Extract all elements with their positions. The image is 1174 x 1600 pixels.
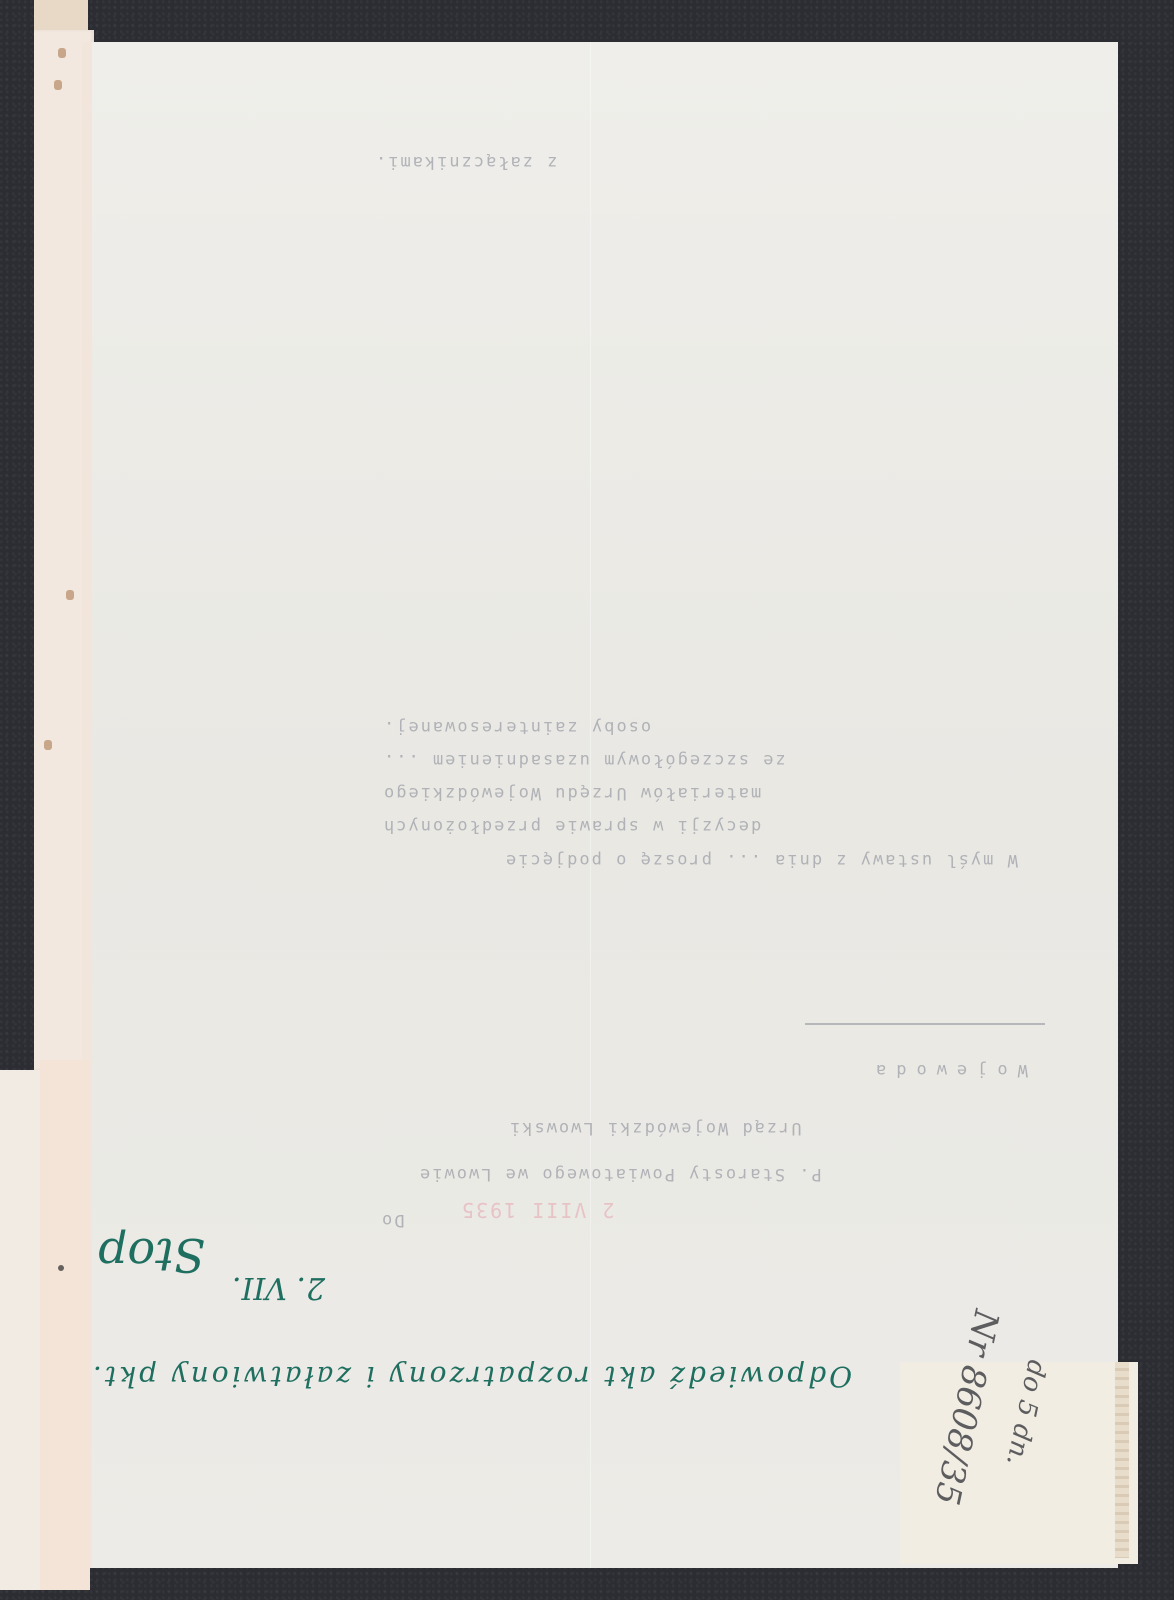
slip-perforated-edge bbox=[1115, 1362, 1129, 1558]
typed-recipient-line: Urząd Wojewódzki Lwowski bbox=[484, 1098, 802, 1138]
stain-spot bbox=[54, 80, 62, 90]
typed-text: z załącznikami. bbox=[374, 152, 558, 172]
typed-recipient-line: P. Starosty Powiatowego we Lwowie bbox=[394, 1144, 822, 1184]
stain-spot bbox=[66, 590, 74, 600]
signature-text: Stop bbox=[98, 1228, 205, 1282]
handwritten-resolution-note: Odpowiedź akt rozpatrzony i załatwiony p… bbox=[90, 1360, 852, 1393]
typed-signature-label: Wojewoda bbox=[826, 1040, 1028, 1080]
typed-text: Do bbox=[380, 1210, 404, 1230]
stain-spot bbox=[44, 740, 52, 750]
typed-enclosures-line: z załącznikami. bbox=[350, 132, 558, 172]
stain-spot bbox=[58, 1265, 64, 1271]
typed-text: P. Starosty Powiatowego we Lwowie bbox=[418, 1164, 822, 1184]
typed-body-line: W myśl ustawy z dnia ... proszę o podjęc… bbox=[480, 830, 1018, 870]
handwritten-date: 2. VII. bbox=[232, 1270, 325, 1305]
date-text: 2. VII. bbox=[232, 1270, 325, 1305]
typed-text: W myśl ustawy z dnia ... proszę o podjęc… bbox=[504, 850, 1018, 870]
typed-text: Wojewoda bbox=[866, 1060, 1028, 1080]
note-text: Odpowiedź akt rozpatrzony i załatwiony p… bbox=[90, 1360, 852, 1393]
stamp-text: 2 VIII 1935 bbox=[460, 1198, 614, 1222]
signature-rule bbox=[805, 1023, 1045, 1025]
tape-strip-bottom bbox=[40, 1060, 90, 1590]
red-date-stamp: 2 VIII 1935 bbox=[460, 1198, 614, 1222]
stain-spot bbox=[58, 48, 66, 58]
typed-recipient-line: Do bbox=[356, 1190, 405, 1230]
typed-text: Urząd Wojewódzki Lwowski bbox=[508, 1118, 802, 1138]
handwritten-signature: Stop bbox=[98, 1228, 205, 1282]
underlying-sheet-left-lower bbox=[0, 1070, 44, 1590]
